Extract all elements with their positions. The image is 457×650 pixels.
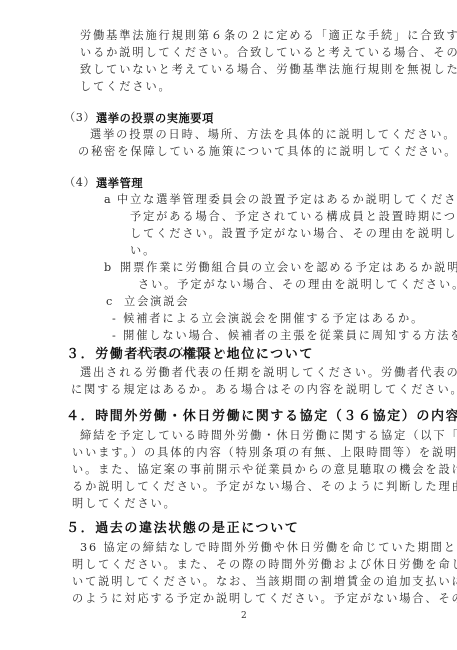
subsection-title: 選挙管理 — [96, 176, 143, 190]
item-marker: c — [106, 295, 114, 309]
text-line: してください。 — [80, 80, 172, 94]
text-line: いて説明してください。なお、当該期間の割増賃金の追加支払いについて、ど — [72, 575, 457, 589]
text-line: いるか説明してください。合致していると考えている場合、その根拠を、合 — [80, 46, 457, 60]
item-marker: a — [104, 193, 113, 207]
item-marker: b — [104, 261, 113, 275]
text-line: 36 協定の締結なしで時間外労働や休日労働を命じていた期間と対象者数を説 — [80, 541, 457, 555]
text-line: い。 — [130, 244, 156, 258]
text-line: のように対応する予定か説明してください。予定がない場合、その理由を説明 — [72, 592, 457, 606]
bullet-line: - 開催しない場合、候補者の主張を従業員に周知する方法を — [112, 329, 457, 343]
text-line: 選出される労働者代表の任期を説明してください。労働者代表の辞任や罷免 — [80, 366, 457, 380]
section-heading: ３．労働者代表の権限と地位について — [66, 347, 314, 363]
text-line: い。また、協定案の事前開示や従業員からの意見聴取の機会を設ける予定はあ — [72, 463, 457, 477]
text-line: 労働基準法施行規則第６条の２に定める「適正な手続」に合致すると考えて — [80, 29, 457, 43]
text-line: に関する規定はあるか。ある場合はその内容を説明してください。 — [71, 383, 457, 397]
text-line: の秘密を保障している施策について具体的に説明してください。 — [78, 145, 457, 159]
text-line: るか説明してください。予定がない場合、そのように判断した理由について説 — [72, 480, 457, 494]
text-line: してください。設置予定がない場合、その理由を説明してくださ — [130, 227, 457, 241]
text-line: 明してください。 — [72, 497, 177, 511]
text-line: 予定がある場合、予定されている構成員と設置時期について説明 — [130, 210, 457, 224]
text-line: いいます。）の具体的内容（特別条項の有無、上限時間等）を説明してくださ — [72, 446, 457, 460]
item-title: 立会演説会 — [124, 295, 189, 309]
text-line: 開票作業に労働組合員の立会いを認める予定はあるか説明してくだ — [120, 261, 457, 275]
text-line: 致していないと考えている場合、労働基準法施行規則を無視した理由を説明 — [80, 63, 457, 77]
section-heading: ４．時間外労働・休日労働に関する協定（３６協定）の内容について — [66, 409, 457, 425]
bullet-line: - 候補者による立会演説会を開催する予定はあるか。 — [112, 312, 424, 326]
text-line: 締結を予定している時間外労働・休日労働に関する協定（以下「36 協定」と — [80, 429, 457, 443]
text-line: 中立な選挙管理委員会の設置予定はあるか説明してください。設置 — [117, 193, 457, 207]
subsection-number: （3） — [64, 111, 95, 125]
subsection-number: （4） — [64, 176, 95, 190]
text-line: 選挙の投票の日時、場所、方法を具体的に説明してください。また、投票 — [90, 128, 457, 142]
section-heading: ５．過去の違法状態の是正について — [66, 521, 299, 537]
subsection-title: 選挙の投票の実施要項 — [96, 111, 214, 125]
text-line: 明してください。また、その際の時間外労働および休日労働を命じた方法につ — [72, 558, 457, 572]
text-line: さい。予定がない場合、その理由を説明してください。 — [138, 278, 457, 292]
page-number: 2 — [241, 609, 247, 623]
